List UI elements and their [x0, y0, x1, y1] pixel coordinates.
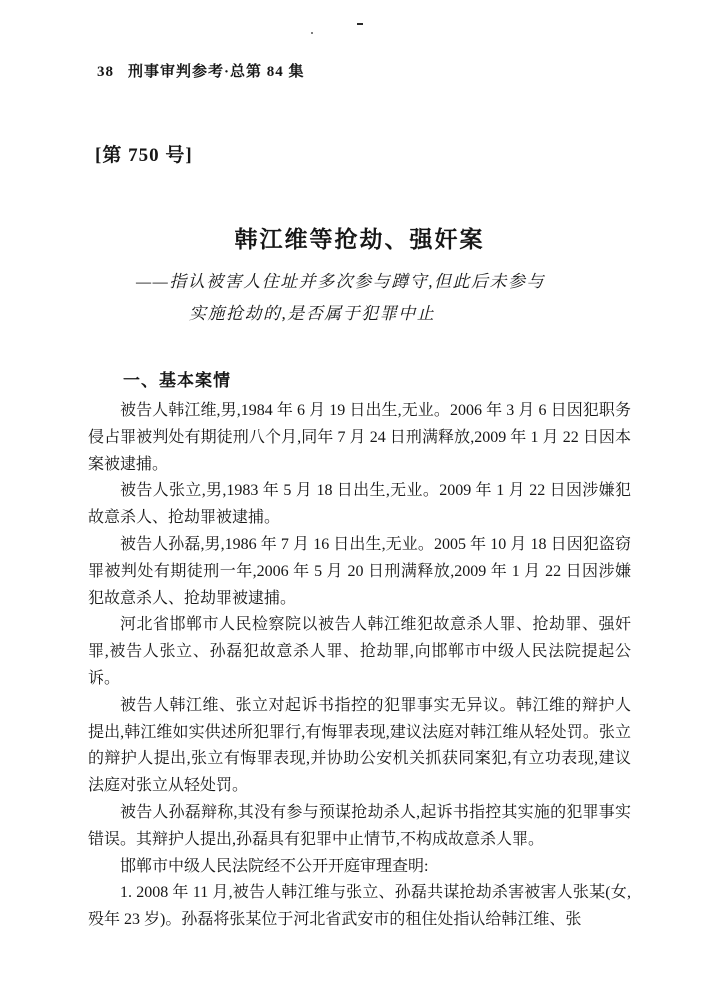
body-paragraph-8: 1. 2008 年 11 月,被告人韩江维与张立、孙磊共谋抢劫杀害被害人张某(女… — [88, 880, 631, 934]
page-number: 38 — [97, 64, 114, 80]
subtitle-line-1: ——指认被害人住址并多次参与蹲守,但此后未参与 — [88, 266, 648, 298]
subtitle-line-2: 实施抢劫的,是否属于犯罪中止 — [88, 298, 648, 330]
case-subtitle: ——指认被害人住址并多次参与蹲守,但此后未参与 实施抢劫的,是否属于犯罪中止 — [88, 266, 648, 330]
journal-title: 刑事审判参考·总第 84 集 — [128, 64, 305, 80]
body-paragraph-1: 被告人韩江维,男,1984 年 6 月 19 日出生,无业。2006 年 3 月… — [88, 398, 631, 478]
body-paragraph-2: 被告人张立,男,1983 年 5 月 18 日出生,无业。2009 年 1 月 … — [88, 478, 631, 532]
scan-artifact-dot — [311, 32, 313, 34]
body-paragraph-6: 被告人孙磊辩称,其没有参与预谋抢劫杀人,起诉书指控其实施的犯罪事实错误。其辩护人… — [88, 800, 631, 854]
body-paragraph-4: 河北省邯郸市人民检察院以被告人韩江维犯故意杀人罪、抢劫罪、强奸罪,被告人张立、孙… — [88, 612, 631, 692]
body-paragraph-3: 被告人孙磊,男,1986 年 7 月 16 日出生,无业。2005 年 10 月… — [88, 532, 631, 612]
running-header: 38刑事审判参考·总第 84 集 — [97, 60, 305, 81]
body-text: 被告人韩江维,男,1984 年 6 月 19 日出生,无业。2006 年 3 月… — [88, 398, 631, 934]
body-paragraph-5: 被告人韩江维、张立对起诉书指控的犯罪事实无异议。韩江维的辩护人提出,韩江维如实供… — [88, 693, 631, 800]
section-heading: 一、基本案情 — [88, 366, 231, 391]
case-title: 韩江维等抢劫、强奸案 — [88, 221, 631, 254]
document-page: 38刑事审判参考·总第 84 集 [第 750 号] 韩江维等抢劫、强奸案 ——… — [0, 0, 713, 999]
body-paragraph-7: 邯郸市中级人民法院经不公开开庭审理查明: — [88, 854, 631, 881]
scan-artifact-dash — [357, 23, 363, 25]
case-number: [第 750 号] — [95, 140, 193, 167]
